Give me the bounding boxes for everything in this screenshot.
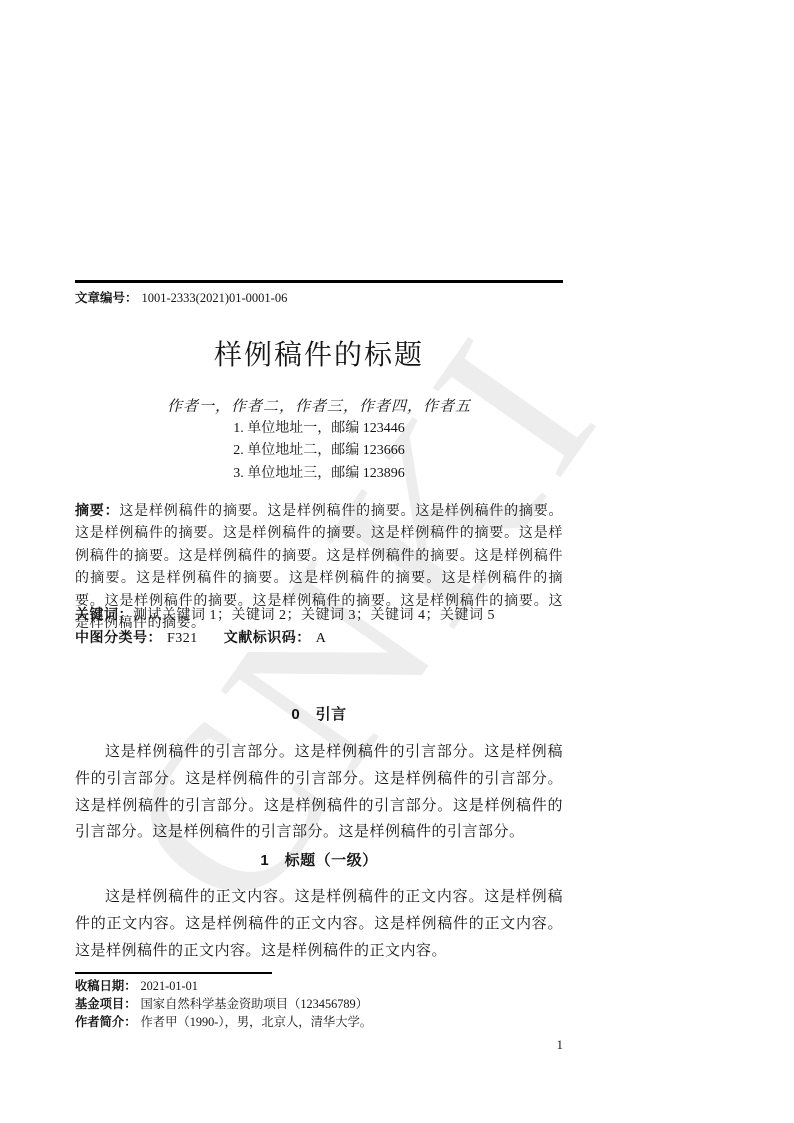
fund-label: 基金项目： bbox=[75, 997, 137, 1011]
bio-value: 作者甲（1990-），男，北京人，清华大学。 bbox=[141, 1015, 373, 1029]
page-number: 1 bbox=[75, 1037, 563, 1053]
body-paragraph: 这是样例稿件的正文内容。这是样例稿件的正文内容。这是样例稿件的正文内容。这是样例… bbox=[75, 884, 563, 964]
masthead-rule bbox=[75, 280, 563, 283]
received-value: 2021-01-01 bbox=[141, 979, 198, 993]
section-heading-intro: 0 引言 bbox=[75, 703, 563, 724]
clc-line: 中图分类号：F321文献标识码：A bbox=[75, 626, 563, 650]
keywords-label: 关键词： bbox=[75, 606, 133, 622]
affiliation-item: 1. 单位地址一，邮编 123446 bbox=[75, 418, 563, 440]
keywords-text: 测试关键词 1；关键词 2；关键词 3；关键词 4；关键词 5 bbox=[133, 608, 495, 623]
footnote-rule bbox=[75, 972, 272, 974]
article-id-line: 文章编号：1001-2333(2021)01-0001-06 bbox=[75, 288, 563, 306]
fund-value: 国家自然科学基金资助项目（123456789） bbox=[141, 997, 369, 1011]
article-id-label: 文章编号： bbox=[75, 291, 138, 305]
abstract-label: 摘要： bbox=[75, 502, 119, 518]
clc-value: F321 bbox=[167, 631, 198, 646]
footnote-received: 收稿日期：2021-01-01 bbox=[75, 978, 563, 996]
page-content: 文章编号：1001-2333(2021)01-0001-06 样例稿件的标题 作… bbox=[0, 0, 794, 1123]
footnote-fund: 基金项目：国家自然科学基金资助项目（123456789） bbox=[75, 996, 563, 1014]
intro-paragraph: 这是样例稿件的引言部分。这是样例稿件的引言部分。这是样例稿件的引言部分。这是样例… bbox=[75, 739, 563, 846]
article-id-value: 1001-2333(2021)01-0001-06 bbox=[142, 291, 288, 305]
section-heading-one: 1 标题（一级） bbox=[75, 849, 563, 870]
affiliation-item: 3. 单位地址三，邮编 123896 bbox=[75, 463, 563, 485]
doc-code-label: 文献标识码： bbox=[224, 629, 311, 645]
keywords-line: 关键词：测试关键词 1；关键词 2；关键词 3；关键词 4；关键词 5 bbox=[75, 603, 563, 627]
paper-title: 样例稿件的标题 bbox=[75, 333, 563, 373]
bio-label: 作者简介： bbox=[75, 1015, 137, 1029]
clc-label: 中图分类号： bbox=[75, 629, 162, 645]
footnote-bio: 作者简介：作者甲（1990-），男，北京人，清华大学。 bbox=[75, 1014, 563, 1032]
footnotes-block: 收稿日期：2021-01-01 基金项目：国家自然科学基金资助项目（123456… bbox=[75, 978, 563, 1031]
affiliations-block: 1. 单位地址一，邮编 123446 2. 单位地址二，邮编 123666 3.… bbox=[75, 418, 563, 485]
doc-code-value: A bbox=[316, 631, 327, 646]
authors-line: 作者一，作者二，作者三，作者四，作者五 bbox=[75, 395, 563, 416]
document-page: CNKI 文章编号：1001-2333(2021)01-0001-06 样例稿件… bbox=[0, 0, 794, 1123]
received-label: 收稿日期： bbox=[75, 979, 137, 993]
affiliation-item: 2. 单位地址二，邮编 123666 bbox=[75, 440, 563, 462]
